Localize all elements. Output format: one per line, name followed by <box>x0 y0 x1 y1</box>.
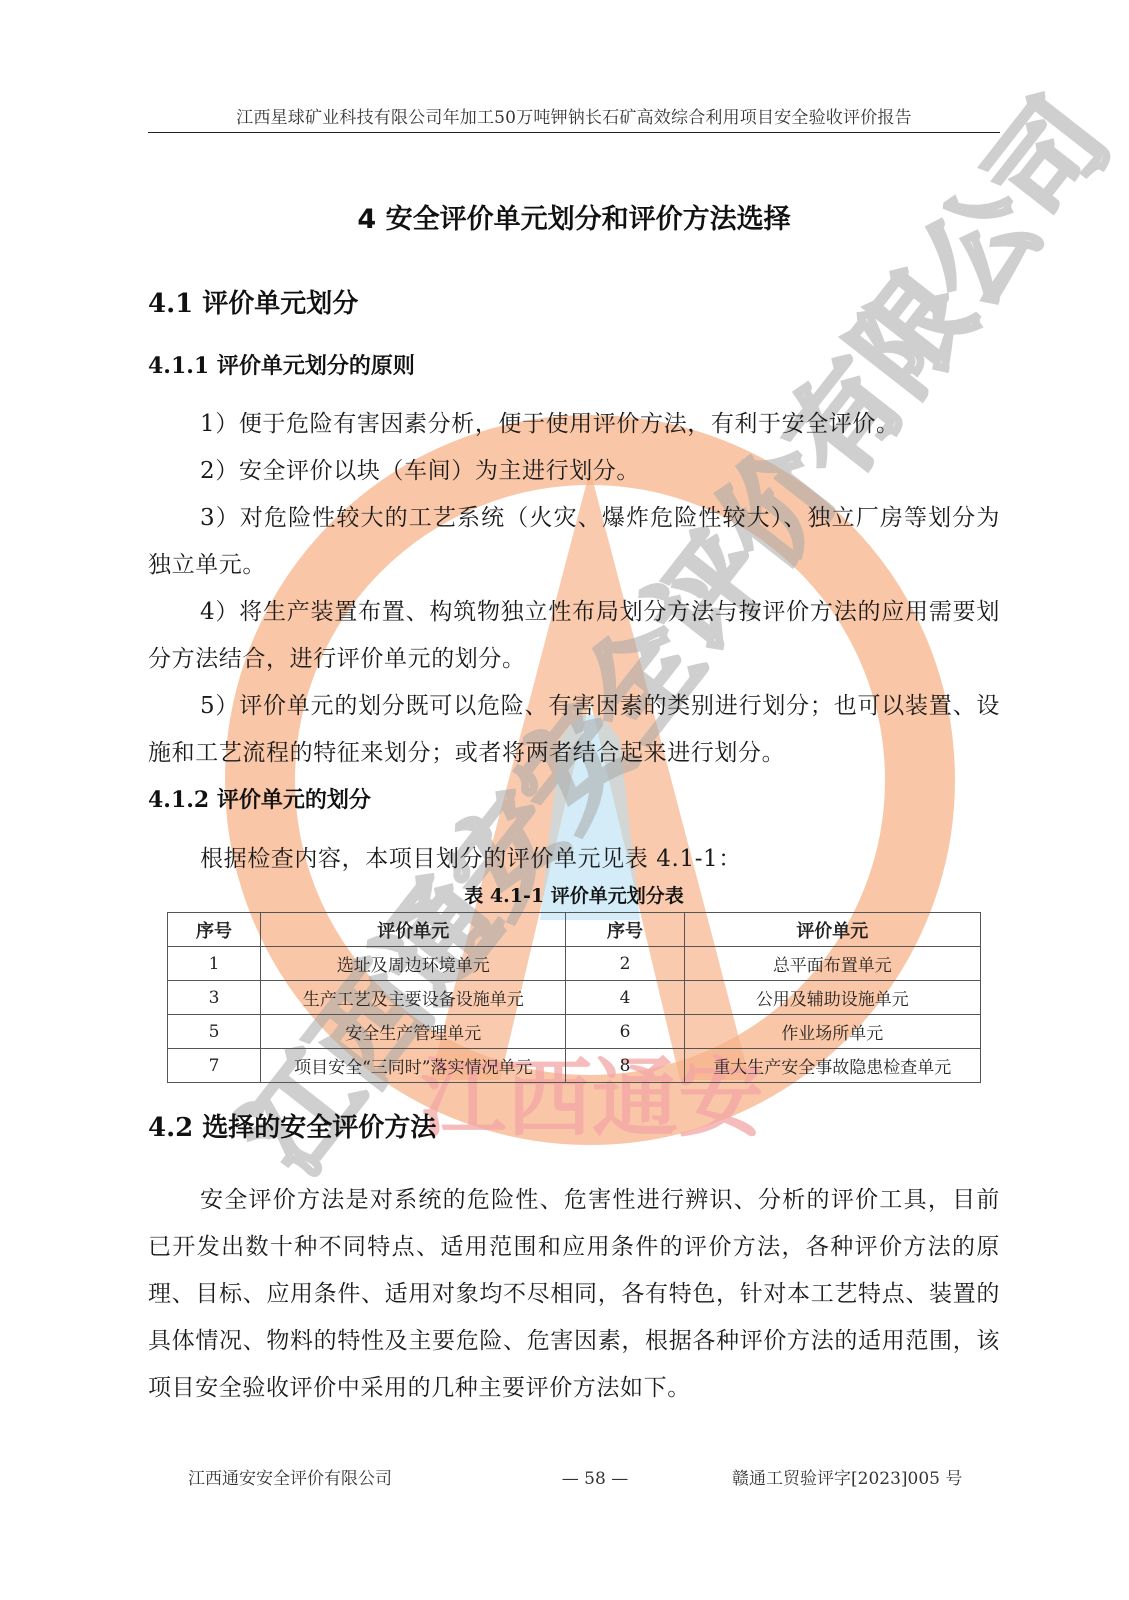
principle-item-1: 1）便于危险有害因素分析，便于使用评价方法，有利于安全评价。 <box>148 401 1000 448</box>
footer-company: 江西通安安全评价有限公司 <box>188 1467 392 1491</box>
table-row: 1 选址及周边环境单元 2 总平面布置单元 <box>168 947 981 981</box>
cell-no: 3 <box>168 981 261 1015</box>
principle-item-2: 2）安全评价以块（车间）为主进行划分。 <box>148 448 1000 495</box>
principle-item-5: 5）评价单元的划分既可以危险、有害因素的类别进行划分；也可以装置、设施和工艺流程… <box>148 683 1000 777</box>
subsection-heading-4-1-2: 4.1.2 评价单元的划分 <box>148 784 371 816</box>
cell-unit: 安全生产管理单元 <box>261 1015 566 1049</box>
cell-no: 7 <box>168 1049 261 1083</box>
header-unit: 评价单元 <box>684 913 980 947</box>
cell-unit: 公用及辅助设施单元 <box>684 981 980 1015</box>
header-unit: 评价单元 <box>261 913 566 947</box>
table-row: 5 安全生产管理单元 6 作业场所单元 <box>168 1015 981 1049</box>
principle-item-3: 3）对危险性较大的工艺系统（火灾、爆炸危险性较大）、独立厂房等划分为独立单元。 <box>148 495 1000 589</box>
cell-no: 2 <box>566 947 684 981</box>
table-row: 3 生产工艺及主要设备设施单元 4 公用及辅助设施单元 <box>168 981 981 1015</box>
cell-unit: 总平面布置单元 <box>684 947 980 981</box>
table-intro: 根据检查内容，本项目划分的评价单元见表 4.1-1： <box>148 836 1000 883</box>
cell-unit: 重大生产安全事故隐患检查单元 <box>684 1049 980 1083</box>
footer-doc-number: 赣通工贸验评字[2023]005 号 <box>732 1467 962 1491</box>
table-row: 7 项目安全“三同时”落实情况单元 8 重大生产安全事故隐患检查单元 <box>168 1049 981 1083</box>
page-header: 江西星球矿业科技有限公司年加工50万吨钾钠长石矿高效综合利用项目安全验收评价报告 <box>148 106 1000 133</box>
table-caption: 表 4.1-1 评价单元划分表 <box>148 882 1000 910</box>
cell-no: 5 <box>168 1015 261 1049</box>
table-header-row: 序号 评价单元 序号 评价单元 <box>168 913 981 947</box>
section-heading-4-2: 4.2 选择的安全评价方法 <box>148 1110 436 1146</box>
methods-paragraph: 安全评价方法是对系统的危险性、危害性进行辨识、分析的评价工具，目前已开发出数十种… <box>148 1177 1000 1412</box>
principle-item-4: 4）将生产装置布置、构筑物独立性布局划分方法与按评价方法的应用需要划分方法结合，… <box>148 589 1000 683</box>
cell-unit: 项目安全“三同时”落实情况单元 <box>261 1049 566 1083</box>
chapter-title: 4 安全评价单元划分和评价方法选择 <box>148 200 1000 240</box>
header-no: 序号 <box>566 913 684 947</box>
cell-unit: 作业场所单元 <box>684 1015 980 1049</box>
cell-no: 1 <box>168 947 261 981</box>
footer-page-number: — 58 — <box>540 1467 650 1491</box>
header-no: 序号 <box>168 913 261 947</box>
cell-no: 6 <box>566 1015 684 1049</box>
cell-unit: 生产工艺及主要设备设施单元 <box>261 981 566 1015</box>
cell-no: 4 <box>566 981 684 1015</box>
section-heading-4-1: 4.1 评价单元划分 <box>148 286 358 322</box>
cell-no: 8 <box>566 1049 684 1083</box>
cell-unit: 选址及周边环境单元 <box>261 947 566 981</box>
subsection-heading-4-1-1: 4.1.1 评价单元划分的原则 <box>148 350 415 382</box>
evaluation-unit-table: 序号 评价单元 序号 评价单元 1 选址及周边环境单元 2 总平面布置单元 3 … <box>167 912 981 1083</box>
